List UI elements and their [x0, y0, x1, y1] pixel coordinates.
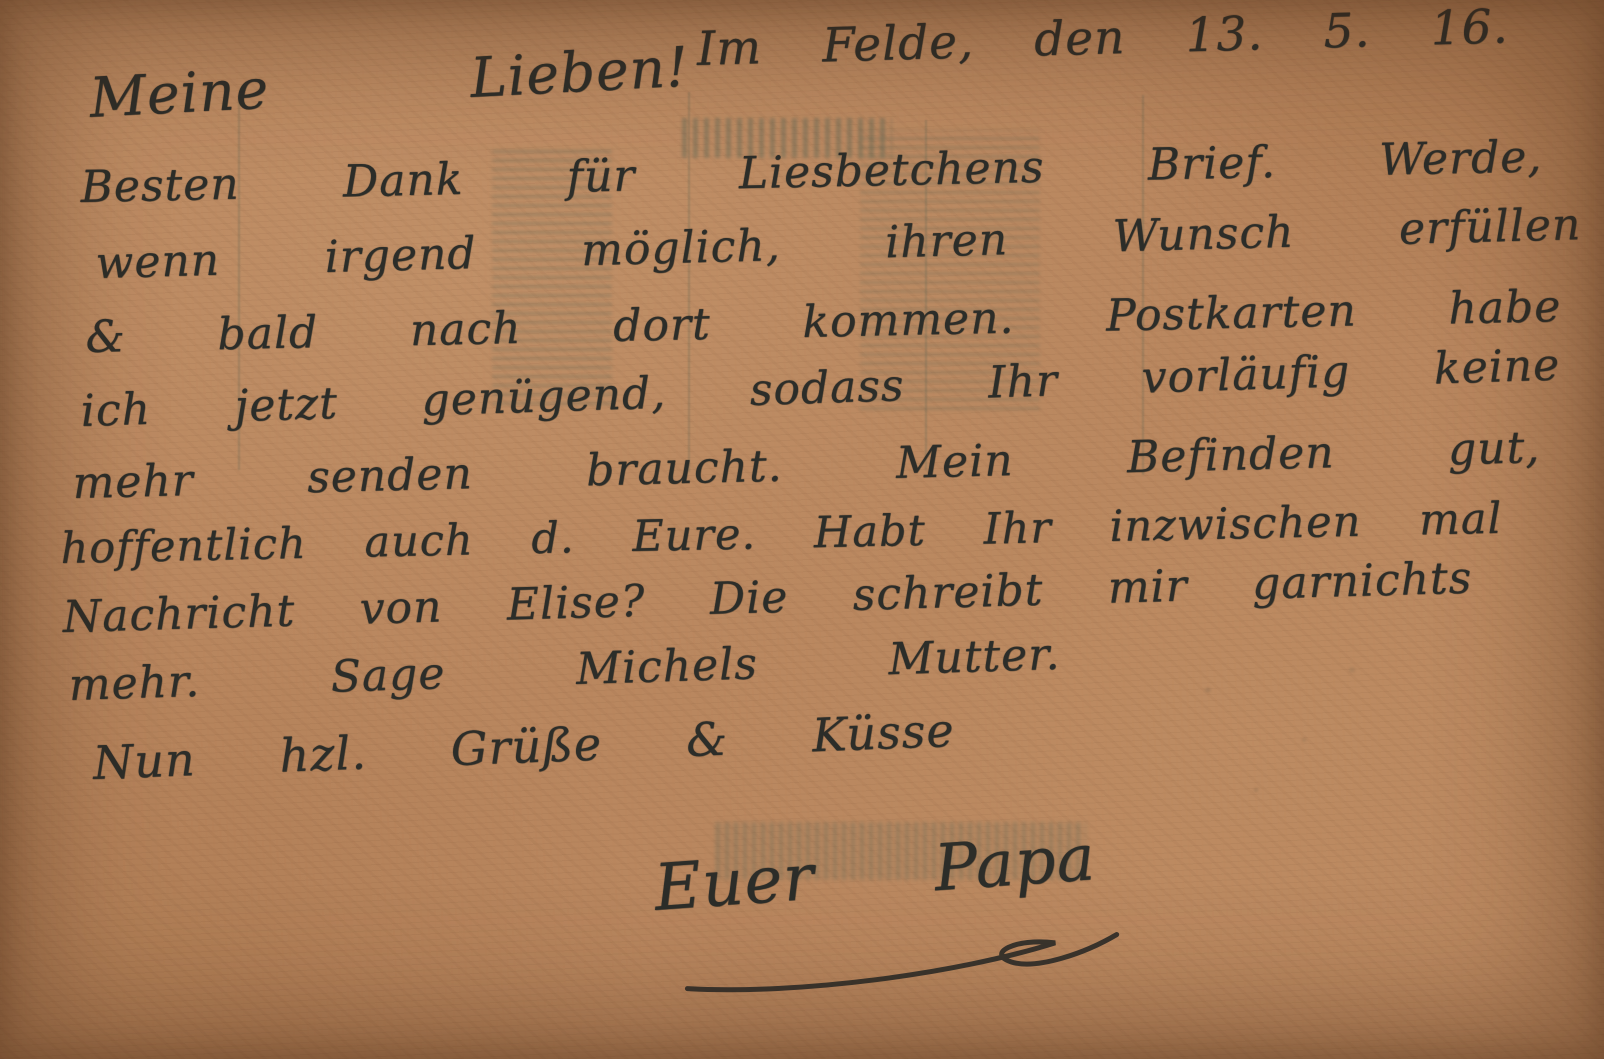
salutation: Meine Lieben!	[88, 35, 691, 130]
signature: Euer Papa	[652, 821, 1098, 926]
handwriting-line: mehr senden braucht. Mein Befinden gut,	[72, 422, 1541, 509]
ink-specks	[1160, 630, 1400, 830]
dateline: Im Felde, den 13. 5. 16.	[696, 0, 1509, 77]
postcard-photo: Im Felde, den 13. 5. 16. Meine Lieben! B…	[0, 0, 1604, 1059]
handwriting-line: wenn irgend möglich, ihren Wunsch erfüll…	[95, 199, 1582, 289]
handwriting-line: mehr. Sage Michels Mutter.	[68, 629, 1061, 711]
handwriting-line: Besten Dank für Liesbetchens Brief. Werd…	[80, 131, 1543, 213]
signature-flourish	[654, 909, 1138, 1012]
closing-line: Nun hzl. Grüße & Küsse	[92, 703, 955, 790]
